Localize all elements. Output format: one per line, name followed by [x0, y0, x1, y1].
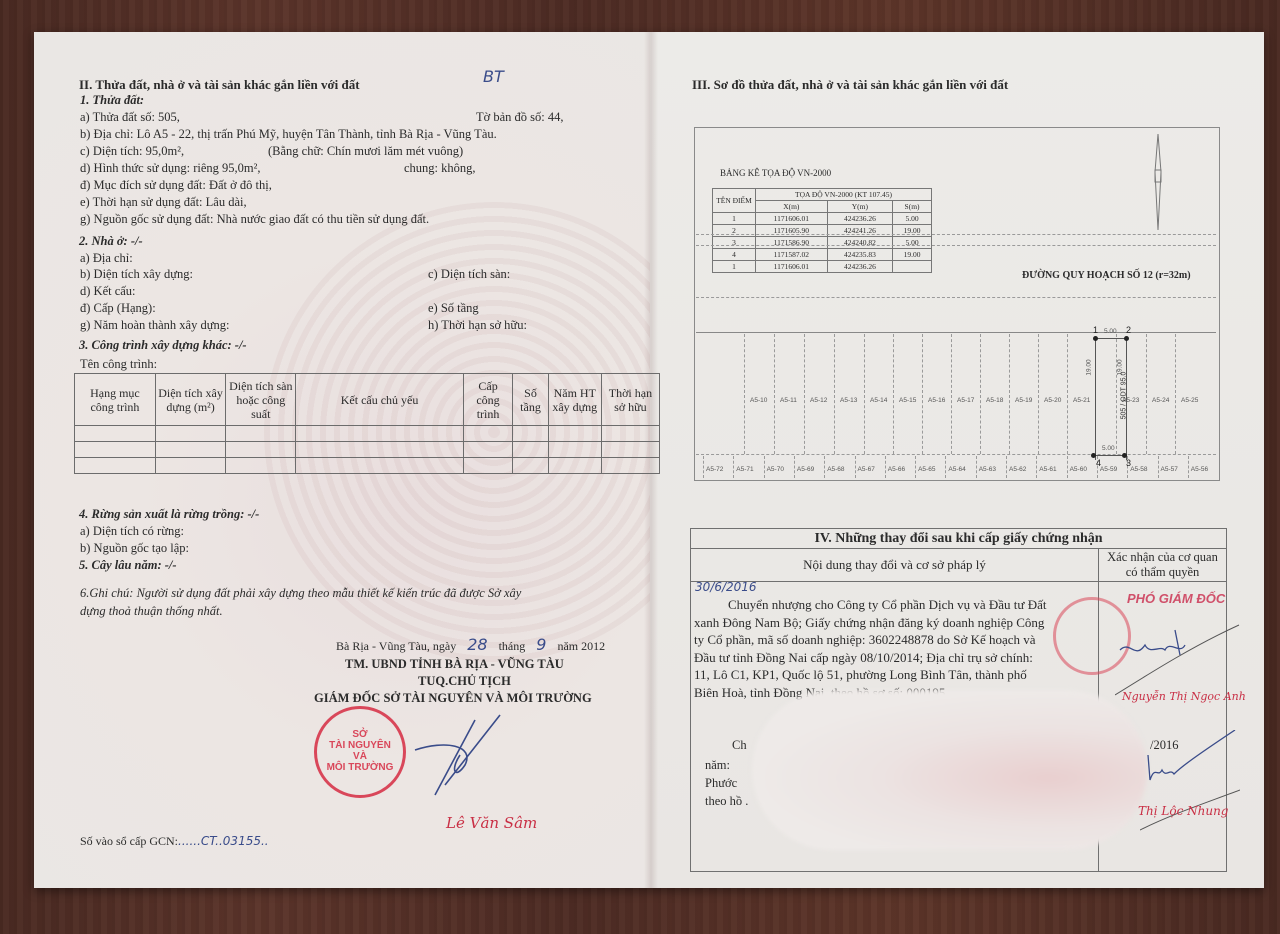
changes-col-confirm: Xác nhận của cơ quan có thẩm quyền [1099, 549, 1227, 582]
land-term: e) Thời hạn sử dụng đất: Lâu dài, [80, 195, 247, 210]
corner-4: 4 [1096, 458, 1101, 468]
registry-number: Số vào sổ cấp GCN:......CT..03155.. [80, 834, 269, 849]
lot-label: A5-66 [888, 466, 905, 473]
change-entry-line: Chuyển nhượng cho Công ty Cổ phần Dịch v… [728, 597, 1046, 612]
works-cell [226, 458, 296, 474]
coord-distance: 5.00 [893, 213, 932, 225]
house-title: 2. Nhà ở: -/- [79, 234, 143, 249]
works-cell [75, 426, 156, 442]
works-cell [548, 442, 601, 458]
lot-label: A5-24 [1152, 397, 1169, 404]
table-row [75, 426, 660, 442]
lot-label: A5-16 [928, 397, 945, 404]
signing-authority-line2: TUQ.CHỦ TỊCH [418, 674, 511, 689]
parcel-landuse-code: ODT [1120, 387, 1127, 402]
lot-label: A5-68 [827, 466, 844, 473]
coord-x: 1171606.01 [756, 213, 828, 225]
signing-place-date: Bà Rịa - Vũng Tàu, ngày 28 tháng 9 năm 2… [336, 637, 605, 654]
north-arrow-icon [1150, 132, 1166, 232]
coord-col-header: Y(m) [827, 201, 892, 213]
point-header: TÊN ĐIỂM [713, 189, 756, 213]
works-cell [75, 442, 156, 458]
works-cell [75, 458, 156, 474]
lot-label: A5-64 [948, 466, 965, 473]
parcel-diagram [694, 127, 1220, 481]
lot-label: A5-11 [780, 397, 797, 404]
table-row [75, 442, 660, 458]
lot-label: A5-15 [899, 397, 916, 404]
works-cell [548, 458, 601, 474]
lot-label: A5-57 [1161, 466, 1178, 473]
land-title: 1. Thửa đất: [80, 93, 144, 108]
parcel-bottom-width: 5.00 [1102, 445, 1115, 452]
forest-title: 4. Rừng sản xuất là rừng trồng: -/- [79, 507, 259, 522]
official-red-stamp-left: SỞTÀI NGUYÊNVÀMÔI TRƯỜNG [314, 706, 406, 798]
coord-point: 3 [713, 237, 756, 249]
confirm-signature [1115, 600, 1240, 700]
change-entry-date: 30/6/2016 [695, 580, 757, 595]
parcel-number-label: 505 / ODT 95.0 [1120, 372, 1127, 420]
changes-title: IV. Những thay đổi sau khi cấp giấy chứn… [691, 529, 1227, 549]
lot-label: A5-19 [1015, 397, 1032, 404]
lot-label: A5-13 [840, 397, 857, 404]
coord-distance: 5.00 [893, 237, 932, 249]
entry2-fragment-1: Ch [732, 738, 747, 753]
lot-label: A5-61 [1039, 466, 1056, 473]
redacted-region [752, 690, 1147, 850]
coord-y: 424235.83 [827, 249, 892, 261]
stamp-text: SỞ [317, 729, 403, 740]
lot-label: A5-71 [736, 466, 753, 473]
works-cell [601, 458, 659, 474]
works-cell [296, 426, 463, 442]
lot-label: A5-21 [1073, 397, 1090, 404]
table-row: 31171586.90424240.825.00 [713, 237, 932, 249]
lot-label: A5-20 [1044, 397, 1061, 404]
section-2-title: II. Thửa đất, nhà ở và tài sản khác gắn … [79, 77, 360, 92]
works-cell [296, 458, 463, 474]
lot-label: A5-10 [750, 397, 767, 404]
coord-col-header: S(m) [893, 201, 932, 213]
works-cell [601, 442, 659, 458]
house-address: a) Địa chỉ: [80, 251, 133, 266]
coord-y: 424236.26 [827, 213, 892, 225]
month-label: tháng [499, 639, 526, 653]
lot-label: A5-63 [979, 466, 996, 473]
works-cell [226, 442, 296, 458]
note-line-1: 6.Ghi chú: Người sử dụng đất phải xây dự… [80, 586, 521, 601]
works-col-header: Năm HT xây dựng [548, 374, 601, 426]
entry2-fragment-2: năm: [705, 758, 730, 773]
works-col-header: Diện tích sàn hoặc công suất [226, 374, 296, 426]
parcel-number-value: 505 [1120, 408, 1127, 420]
confirm-signer: Nguyễn Thị Ngọc Anh [1122, 689, 1246, 704]
works-cell [296, 442, 463, 458]
coord-y: 424236.26 [827, 261, 892, 273]
works-col-header: Hạng mục công trình [75, 374, 156, 426]
lot-label: A5-70 [767, 466, 784, 473]
registry-label: Số vào sổ cấp GCN: [80, 834, 178, 848]
lot-label: A5-25 [1181, 397, 1198, 404]
table-row: 11171606.01424236.265.00 [713, 213, 932, 225]
section-3-title: III. Sơ đồ thửa đất, nhà ở và tài sản kh… [692, 77, 1008, 92]
signer-name-left: Lê Văn Sâm [446, 816, 537, 831]
confirm2-signature [1140, 730, 1240, 840]
stamp-text: TÀI NGUYÊN [317, 740, 403, 751]
year-label: năm 2012 [557, 639, 605, 653]
works-cell [226, 426, 296, 442]
table-row [75, 458, 660, 474]
house-grade: đ) Cấp (Hạng): [80, 301, 156, 316]
road-label: ĐƯỜNG QUY HOẠCH SỐ 12 (r=32m) [1022, 268, 1191, 283]
stamp-text: MÔI TRƯỜNG [317, 762, 403, 773]
signing-day: 28 [467, 635, 487, 654]
coordinate-table: TÊN ĐIỂM TỌA ĐỘ VN-2000 (KT 107.45) X(m)… [712, 188, 932, 273]
signing-authority-line1: TM. UBND TỈNH BÀ RỊA - VŨNG TÀU [345, 657, 564, 672]
coord-y: 424240.82 [827, 237, 892, 249]
parcel-top-width: 5.00 [1104, 328, 1117, 335]
lot-label: A5-62 [1009, 466, 1026, 473]
coord-group-header: TỌA ĐỘ VN-2000 (KT 107.45) [756, 189, 932, 201]
handwritten-mark: BT [483, 69, 504, 84]
works-cell [155, 442, 225, 458]
works-cell [513, 442, 548, 458]
house-floors: e) Số tầng [428, 301, 479, 316]
signing-place-prefix: Bà Rịa - Vũng Tàu, ngày [336, 639, 456, 653]
lot-label: A5-58 [1130, 466, 1147, 473]
other-works-table: Hạng mục công trìnhDiện tích xây dựng (m… [74, 373, 660, 474]
land-address: b) Địa chỉ: Lô A5 - 22, thị trấn Phú Mỹ,… [80, 127, 497, 142]
lot-label: A5-14 [870, 397, 887, 404]
house-structure: d) Kết cấu: [80, 284, 136, 299]
coord-table-title: BẢNG KÊ TỌA ĐỘ VN-2000 [720, 168, 831, 178]
works-cell [513, 426, 548, 442]
house-completion-year: g) Năm hoàn thành xây dựng: [80, 318, 229, 333]
works-col-header: Số tầng [513, 374, 548, 426]
director-signature [405, 710, 515, 800]
signing-month: 9 [536, 635, 546, 654]
lot-label: A5-72 [706, 466, 723, 473]
note-line-2: dựng thoả thuận thống nhất. [80, 604, 223, 619]
coord-col-header: X(m) [756, 201, 828, 213]
changes-col-content: Nội dung thay đổi và cơ sở pháp lý [691, 549, 1099, 582]
entry2-fragment-4: theo hồ . [705, 794, 748, 809]
works-cell [463, 442, 513, 458]
lot-label: A5-18 [986, 397, 1003, 404]
corner-3: 3 [1126, 458, 1131, 468]
works-cell [548, 426, 601, 442]
lot-label: A5-17 [957, 397, 974, 404]
signing-authority-line3: GIÁM ĐỐC SỞ TÀI NGUYÊN VÀ MÔI TRƯỜNG [314, 691, 592, 706]
parcel-area-value: 95.0 [1120, 372, 1127, 386]
coord-point: 1 [713, 261, 756, 273]
coord-distance: 19.00 [893, 249, 932, 261]
works-cell [513, 458, 548, 474]
work-name-label: Tên công trình: [80, 357, 157, 372]
change-entry-line: ty Cổ phần, mã số doanh nghiệp: 36022488… [694, 632, 1036, 647]
works-col-header: Diện tích xây dựng (m²) [155, 374, 225, 426]
land-purpose: đ) Mục đích sử dụng đất: Đất ở đô thị, [80, 178, 272, 193]
perennial-title: 5. Cây lâu năm: -/- [79, 558, 177, 573]
entry2-fragment-3: Phước [705, 776, 737, 791]
corner-1: 1 [1093, 325, 1098, 335]
corner-2: 2 [1126, 325, 1131, 335]
change-entry-line: 11, Lô C1, KP1, Quốc lộ 51, phường Long … [694, 667, 1027, 682]
lot-label: A5-12 [810, 397, 827, 404]
map-sheet-number: Tờ bản đồ số: 44, [476, 110, 564, 125]
works-cell [463, 458, 513, 474]
land-area-words: (Bằng chữ: Chín mươi lăm mét vuông) [268, 144, 463, 159]
change-entry-line: Đầu tư tỉnh Đồng Nai cấp ngày 08/10/2014… [694, 650, 1033, 665]
coord-x: 1171587.02 [756, 249, 828, 261]
parcel-number: a) Thửa đất số: 505, [80, 110, 180, 125]
lot-label: A5-56 [1191, 466, 1208, 473]
lot-label: A5-59 [1100, 466, 1117, 473]
usage-form: d) Hình thức sử dụng: riêng 95,0m², [80, 161, 260, 176]
registry-value: ......CT..03155.. [178, 834, 269, 848]
works-cell [155, 426, 225, 442]
coord-point: 1 [713, 213, 756, 225]
table-row: 41171587.02424235.8319.00 [713, 249, 932, 261]
lot-label: A5-65 [918, 466, 935, 473]
works-col-header: Thời hạn sở hữu [601, 374, 659, 426]
house-build-area: b) Diện tích xây dựng: [80, 267, 193, 282]
parcel-left-length: 19.00 [1086, 359, 1093, 375]
house-floor-area: c) Diện tích sàn: [428, 267, 510, 282]
lot-label: A5-60 [1070, 466, 1087, 473]
other-works-title: 3. Công trình xây dựng khác: -/- [79, 338, 247, 353]
land-area: c) Diện tích: 95,0m², [80, 144, 184, 159]
change-entry-line: xanh Đông Nam Bộ; Giấy chứng nhận đăng k… [694, 615, 1044, 630]
forest-area: a) Diện tích có rừng: [80, 524, 184, 539]
usage-shared: chung: không, [404, 161, 476, 176]
works-cell [463, 426, 513, 442]
lot-label: A5-69 [797, 466, 814, 473]
table-row: 11171606.01424236.26 [713, 261, 932, 273]
house-ownership-term: h) Thời hạn sở hữu: [428, 318, 527, 333]
land-origin: g) Nguồn gốc sử dụng đất: Nhà nước giao … [80, 212, 429, 227]
works-col-header: Cấp công trình [463, 374, 513, 426]
works-col-header: Kết cấu chủ yếu [296, 374, 463, 426]
coord-x: 1171586.90 [756, 237, 828, 249]
coord-x: 1171606.01 [756, 261, 828, 273]
confirm2-signer: Thị Lộc Nhung [1138, 804, 1228, 819]
stamp-text: VÀ [317, 751, 403, 762]
coord-distance [893, 261, 932, 273]
lot-label: A5-67 [858, 466, 875, 473]
coord-point: 4 [713, 249, 756, 261]
works-cell [155, 458, 225, 474]
works-cell [601, 426, 659, 442]
forest-origin: b) Nguồn gốc tạo lập: [80, 541, 189, 556]
